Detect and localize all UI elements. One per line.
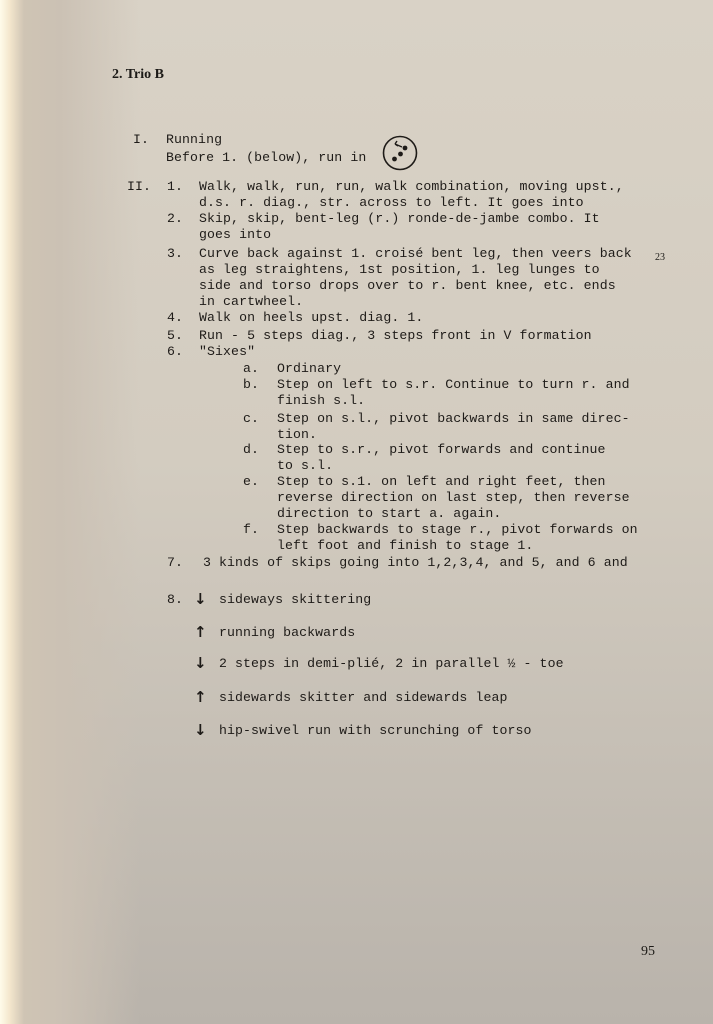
arrow-down-icon: ↓ xyxy=(194,721,207,739)
arrow-up-icon: ↑ xyxy=(194,623,207,641)
step-text: sidewards skitter and sidewards leap xyxy=(219,690,508,705)
subitem-letter: f. xyxy=(243,522,259,537)
item-8-number: 8. xyxy=(167,592,183,607)
item-text-line: in cartwheel. xyxy=(199,294,303,309)
item-7-number: 7. xyxy=(167,555,183,570)
arrow-down-icon: ↓ xyxy=(194,654,207,672)
subitem-text-line: tion. xyxy=(277,427,317,442)
arrow-up-icon: ↑ xyxy=(194,688,207,706)
item-number: 6. xyxy=(167,344,183,359)
item-number: 1. xyxy=(167,179,183,194)
item-text-line: d.s. r. diag., str. across to left. It g… xyxy=(199,195,584,210)
item-text-line: Curve back against 1. croisé bent leg, t… xyxy=(199,246,632,261)
item-text-line: "Sixes" xyxy=(199,344,255,359)
step-text: running backwards xyxy=(219,625,355,640)
subitem-text-line: finish s.l. xyxy=(277,393,365,408)
item-number: 4. xyxy=(167,310,183,325)
section-i-line: Before 1. (below), run in xyxy=(166,150,366,165)
page-number: 95 xyxy=(641,944,655,960)
subitem-text-line: reverse direction on last step, then rev… xyxy=(277,490,630,505)
item-number: 3. xyxy=(167,246,183,261)
step-text: 2 steps in demi-plié, 2 in parallel ½ - … xyxy=(219,656,564,671)
item-text-line: goes into xyxy=(199,227,271,242)
item-number: 2. xyxy=(167,211,183,226)
step-text: hip-swivel run with scrunching of torso xyxy=(219,723,532,738)
subitem-text-line: direction to start a. again. xyxy=(277,506,501,521)
item-text-line: as leg straightens, 1st position, 1. leg… xyxy=(199,262,600,277)
item-text-line: Skip, skip, bent-leg (r.) ronde-de-jambe… xyxy=(199,211,600,226)
item-text-line: Walk on heels upst. diag. 1. xyxy=(199,310,423,325)
subitem-text-line: Step to s.1. on left and right feet, the… xyxy=(277,474,606,489)
section-i-numeral: I. xyxy=(133,132,149,147)
section-ii-numeral: II. xyxy=(127,179,151,194)
subitem-letter: e. xyxy=(243,474,259,489)
subitem-letter: b. xyxy=(243,377,259,392)
subitem-letter: d. xyxy=(243,442,259,457)
subitem-letter: a. xyxy=(243,361,259,376)
margin-line-number: 23 xyxy=(655,252,665,263)
subitem-letter: c. xyxy=(243,411,259,426)
step-text: sideways skittering xyxy=(219,592,371,607)
item-7-text: 3 kinds of skips going into 1,2,3,4, and… xyxy=(203,555,628,570)
subitem-text-line: Step to s.r., pivot forwards and continu… xyxy=(277,442,606,457)
subitem-text-line: Step on s.l., pivot backwards in same di… xyxy=(277,411,630,426)
subitem-text-line: to s.l. xyxy=(277,458,333,473)
item-text-line: Walk, walk, run, run, walk combination, … xyxy=(199,179,624,194)
section-title: 2. Trio B xyxy=(112,67,164,83)
arrow-down-icon: ↓ xyxy=(194,590,207,608)
item-text-line: Run - 5 steps diag., 3 steps front in V … xyxy=(199,328,592,343)
section-i-heading: Running xyxy=(166,132,222,147)
subitem-text-line: Ordinary xyxy=(277,361,341,376)
subitem-text-line: Step on left to s.r. Continue to turn r.… xyxy=(277,377,630,392)
item-number: 5. xyxy=(167,328,183,343)
subitem-text-line: left foot and finish to stage 1. xyxy=(277,538,533,553)
item-text-line: side and torso drops over to r. bent kne… xyxy=(199,278,616,293)
stage-formation-diagram-icon xyxy=(382,135,418,171)
subitem-text-line: Step backwards to stage r., pivot forwar… xyxy=(277,522,638,537)
